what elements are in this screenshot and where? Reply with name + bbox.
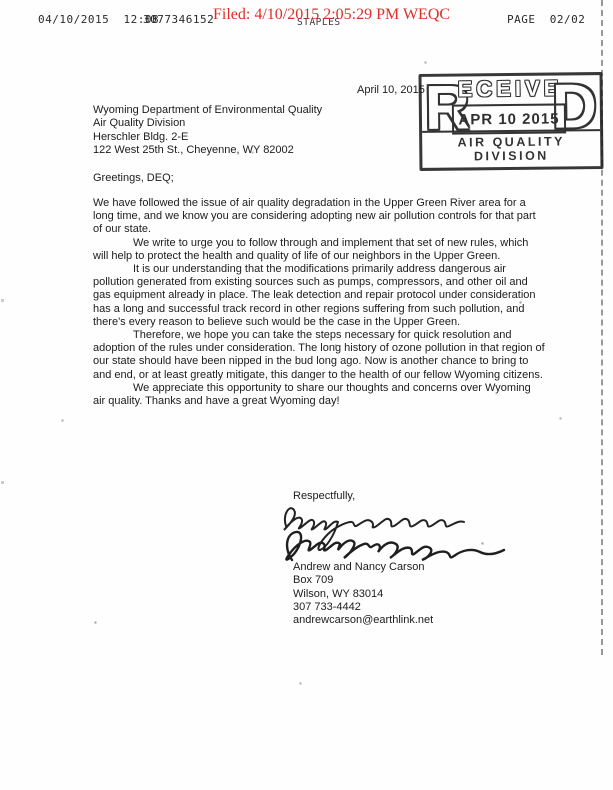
body-paragraph: We have followed the issue of air qualit…: [93, 197, 545, 237]
letter-date: April 10, 2015: [357, 84, 425, 96]
body-paragraph: We appreciate this opportunity to share …: [93, 382, 545, 408]
body-paragraph: We write to urge you to follow through a…: [93, 237, 545, 263]
letter-body: We have followed the issue of air qualit…: [93, 197, 545, 408]
stamp-letters-eceive: ECEIVE: [458, 77, 562, 100]
fax-number: 3077346152: [143, 13, 214, 26]
recipient-address: Wyoming Department of Environmental Qual…: [93, 104, 322, 157]
scan-noise-speckles: [0, 0, 1, 1]
sender-phone: 307 733-4442: [293, 601, 433, 614]
body-paragraph: Therefore, we hope you can take the step…: [93, 329, 545, 382]
letter-page: 04/10/2015 12:08 3077346152 STAPLES PAGE…: [0, 0, 613, 790]
sender-city: Wilson, WY 83014: [293, 588, 433, 601]
recipient-line: Wyoming Department of Environmental Qual…: [93, 104, 322, 117]
sender-block: Andrew and Nancy Carson Box 709 Wilson, …: [293, 561, 433, 627]
body-paragraph: It is our understanding that the modific…: [93, 263, 545, 329]
stamp-division-label: AIR QUALITY DIVISION: [422, 129, 600, 168]
recipient-line: Herschler Bldg. 2-E: [93, 131, 322, 144]
filed-stamp-text: Filed: 4/10/2015 2:05:29 PM WEQC: [213, 6, 450, 24]
sender-email: andrewcarson@earthlink.net: [293, 614, 433, 627]
sender-name: Andrew and Nancy Carson: [293, 561, 433, 574]
salutation: Greetings, DEQ;: [93, 172, 174, 184]
handwritten-signature: [276, 496, 511, 568]
received-stamp: R ECEIVE D APR 10 2015 AIR QUALITY DIVIS…: [418, 72, 603, 171]
fax-page-count: PAGE 02/02: [507, 13, 585, 26]
sender-box: Box 709: [293, 574, 433, 587]
recipient-line: Air Quality Division: [93, 117, 322, 130]
fax-datetime: 04/10/2015 12:08: [38, 13, 159, 26]
recipient-line: 122 West 25th St., Cheyenne, WY 82002: [93, 144, 322, 157]
